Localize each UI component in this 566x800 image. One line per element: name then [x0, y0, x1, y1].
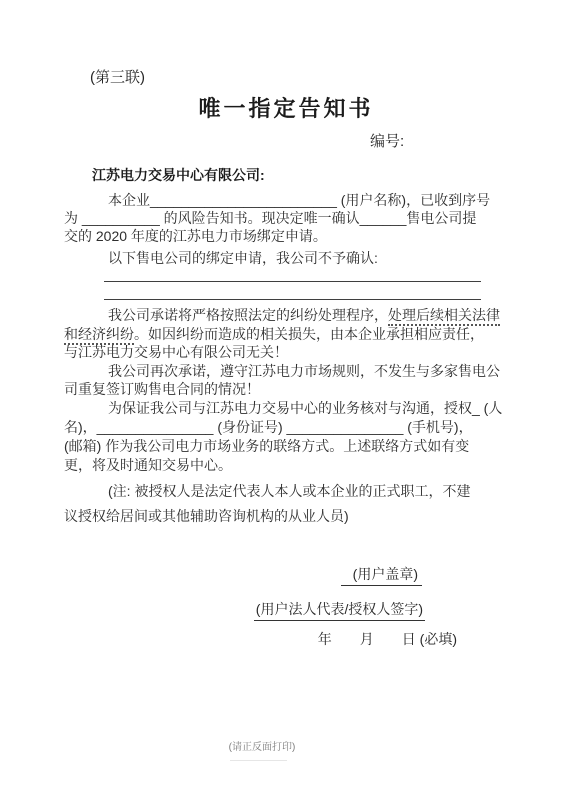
text-line: 本企业________________________ (用户名称)，已收到序号	[64, 191, 508, 209]
text-line: 与江苏电力交易中心有限公司无关！	[64, 343, 508, 362]
text-line: 为 __________ 的风险告知书。现决定唯一确认______售电公司提	[64, 209, 508, 227]
repeat-commitment-paragraph: 我公司再次承诺，遵守江苏电力市场规则，不发生与多家售电公 司重复签订购售电合同的…	[64, 362, 508, 399]
emphasized-text: 处理后续相关法律	[388, 307, 500, 326]
text-line: 为保证我公司与江苏电力交易中心的业务核对与沟通，授权_ (人	[64, 399, 508, 418]
copy-label: (第三联)	[90, 68, 508, 88]
emphasized-text: 和经济纠纷	[64, 326, 134, 345]
commitment-paragraph: 我公司承诺将严格按照法定的纠纷处理程序，处理后续相关法律 和经济纠纷。如因纠纷而…	[64, 306, 508, 362]
authorization-paragraph: 为保证我公司与江苏电力交易中心的业务核对与沟通，授权_ (人 名)，______…	[64, 399, 508, 475]
text-line: (邮箱) 作为我公司电力市场业务的联络方式。上述联络方式如有变	[64, 437, 508, 456]
print-note: (请正反面打印)	[0, 741, 524, 755]
text-segment: 。如因纠纷而造成的相关损失，由本企业承担相应责任，	[134, 326, 484, 342]
footer-faint-rule	[230, 760, 287, 761]
note-paragraph: (注: 被授权人是法定代表人本人或本企业的正式职工，不建 议授权给居间或其他辅助…	[64, 479, 508, 529]
text-line: (注: 被授权人是法定代表人本人或本企业的正式职工，不建	[64, 479, 508, 504]
number-label: 编号:	[370, 132, 508, 152]
text-line: 司重复签订购售电合同的情况！	[64, 380, 508, 399]
text-line: 交的 2020 年度的江苏电力市场绑定申请。	[64, 227, 508, 245]
text-line: 以下售电公司的绑定申请，我公司不予确认:	[64, 249, 508, 267]
salutation: 江苏电力交易中心有限公司:	[92, 166, 508, 185]
text-segment: 我公司承诺将严格按照法定的纠纷处理程序，	[108, 307, 388, 323]
stamp-signature-line: (用户盖章)	[64, 565, 508, 586]
text-line: 名)，_______________ (身份证号) ______________…	[64, 418, 508, 437]
blank-write-line	[104, 282, 481, 300]
stamp-label: (用户盖章)	[341, 565, 422, 586]
document-title: 唯一指定告知书	[64, 94, 508, 124]
text-line: 议授权给居间或其他辅助咨询机构的从业人员)	[64, 504, 508, 529]
intro-paragraph: 本企业________________________ (用户名称)，已收到序号…	[64, 191, 508, 245]
text-line: 我公司再次承诺，遵守江苏电力市场规则，不发生与多家售电公	[64, 362, 508, 381]
refuse-paragraph: 以下售电公司的绑定申请，我公司不予确认:	[64, 249, 508, 267]
blank-write-line	[104, 267, 481, 282]
text-line: 和经济纠纷。如因纠纷而造成的相关损失，由本企业承担相应责任，	[64, 325, 508, 344]
signature-block: (用户盖章) (用户法人代表/授权人签字) 年 月 日 (必填)	[64, 565, 508, 649]
text-line: 我公司承诺将严格按照法定的纠纷处理程序，处理后续相关法律	[64, 306, 508, 325]
text-line: 更，将及时通知交易中心。	[64, 456, 508, 475]
document-page: (第三联) 唯一指定告知书 编号: 江苏电力交易中心有限公司: 本企业_____…	[0, 0, 566, 800]
legal-signature-line: (用户法人代表/授权人签字)	[64, 600, 508, 621]
signer-label: (用户法人代表/授权人签字)	[254, 600, 425, 621]
date-line: 年 月 日 (必填)	[64, 630, 508, 649]
